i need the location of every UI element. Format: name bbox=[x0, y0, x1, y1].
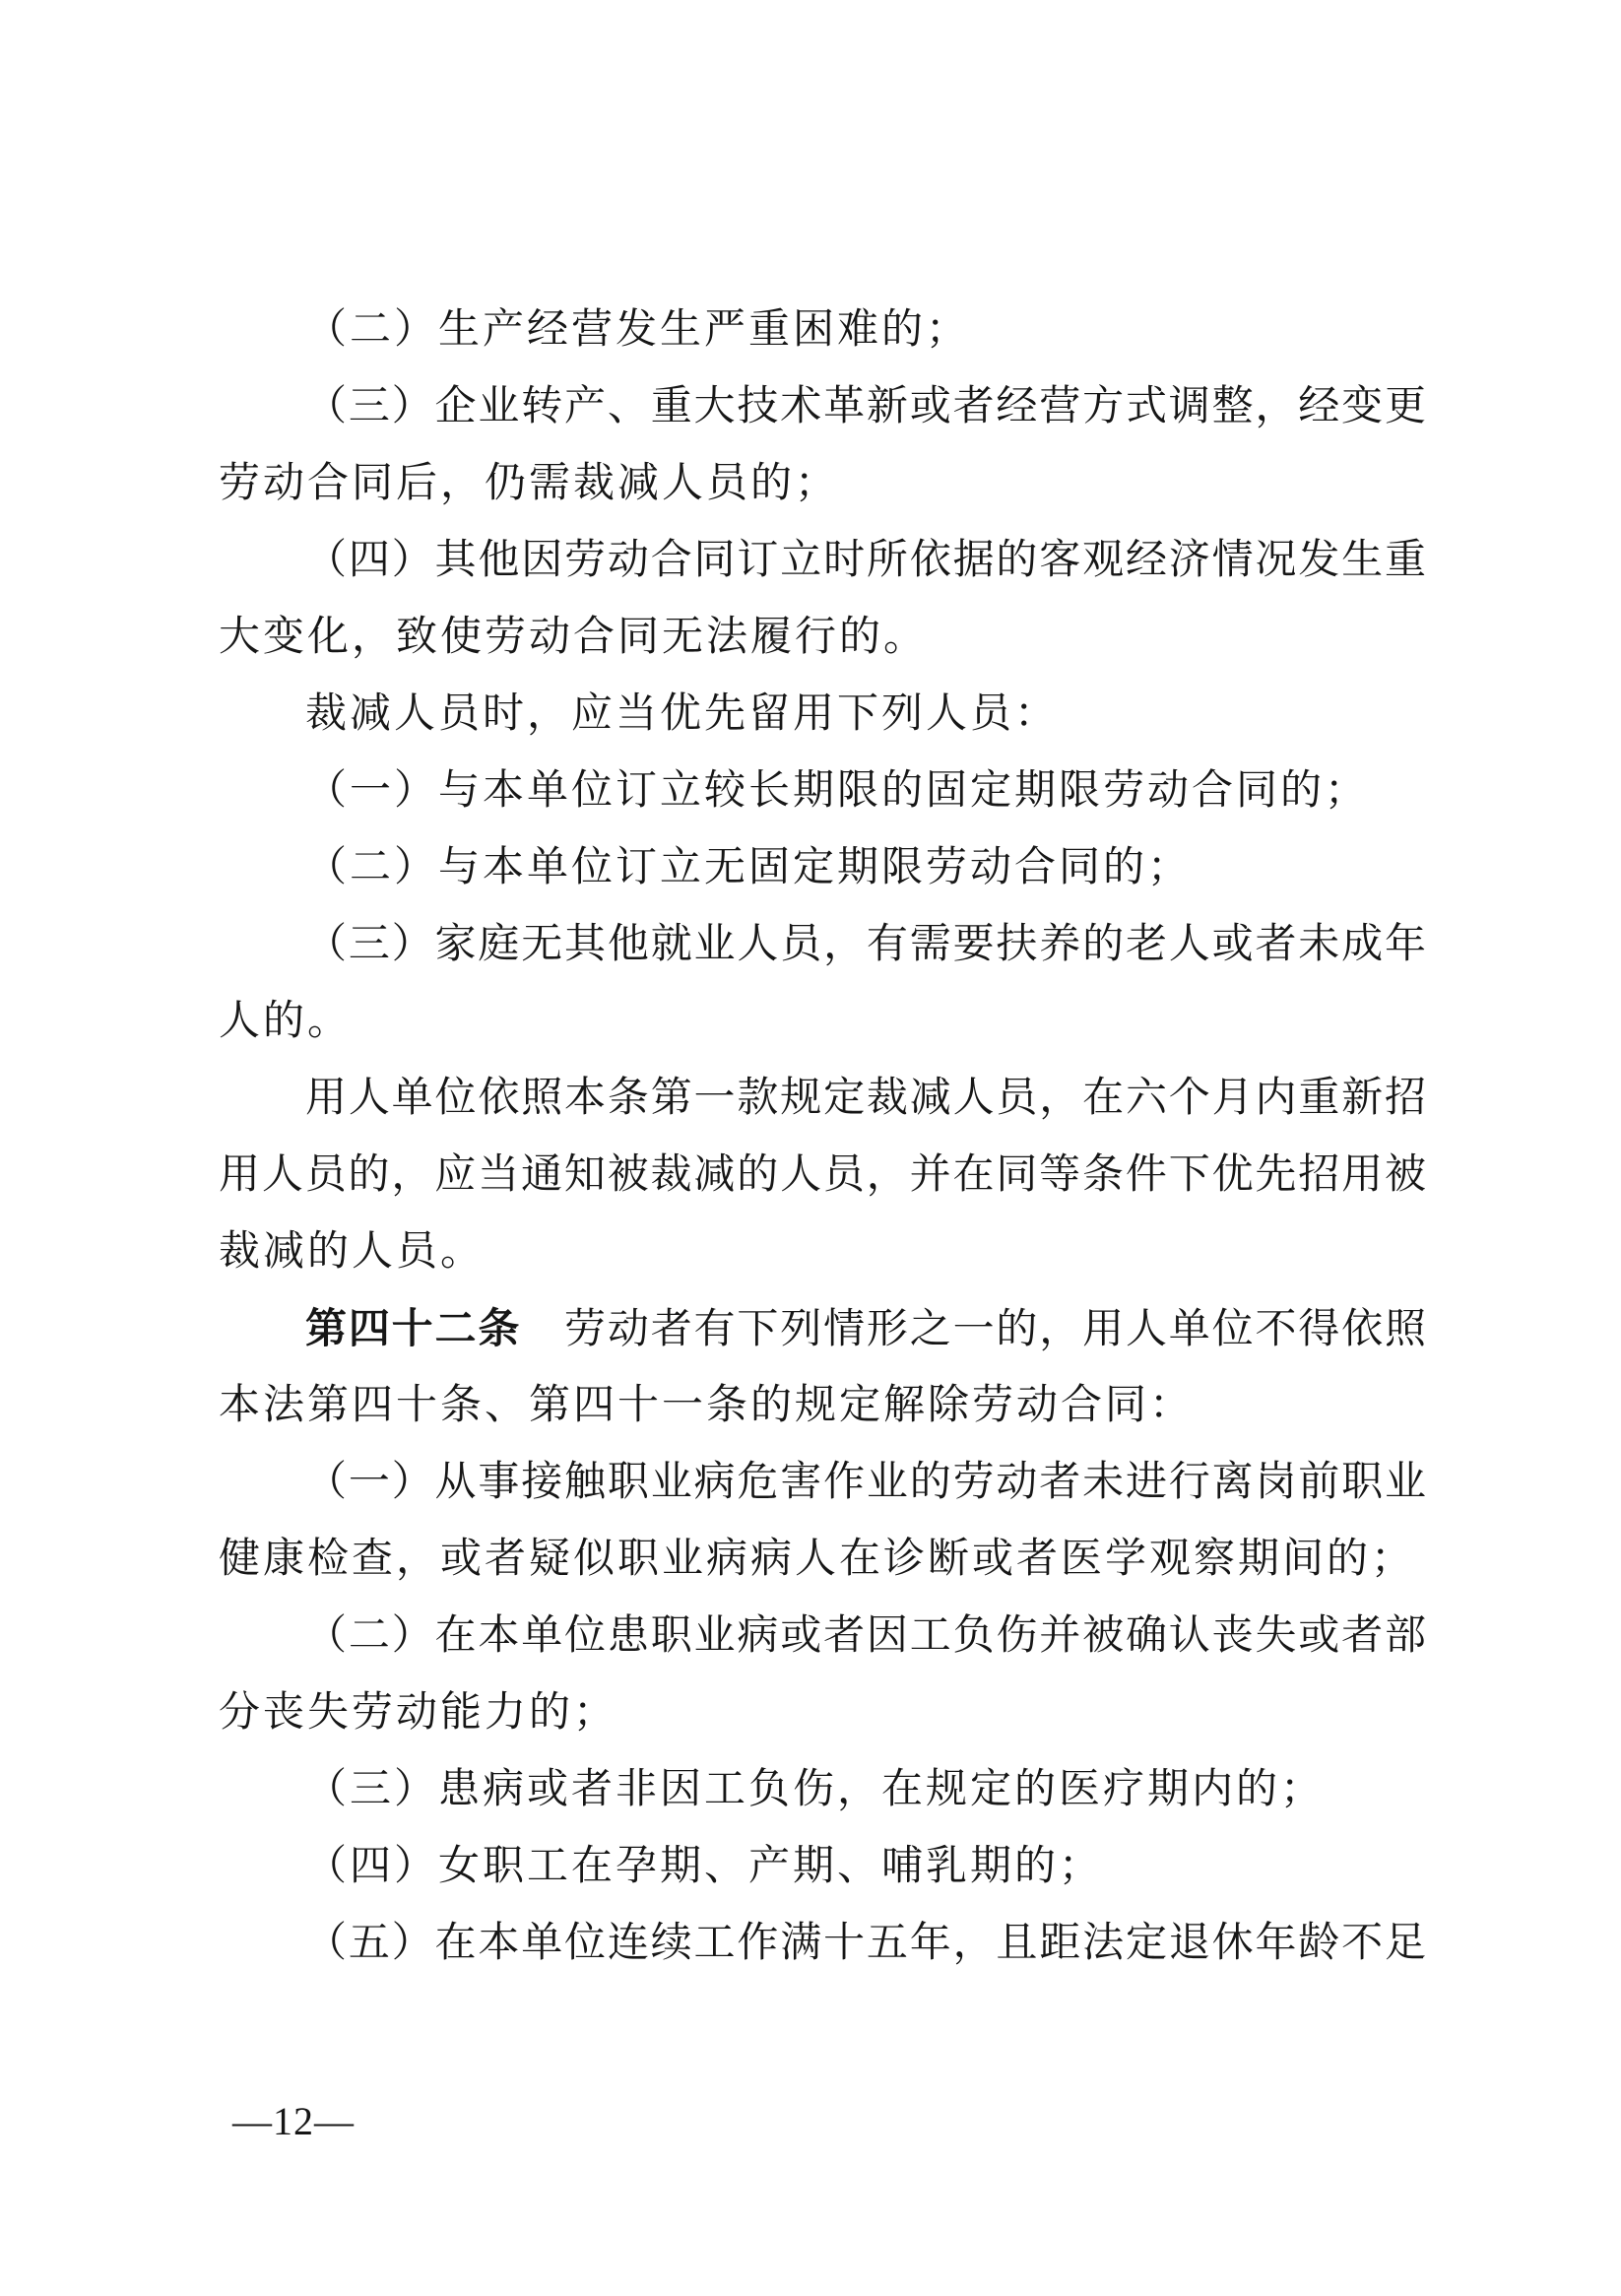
text-line: （四）女职工在孕期、产期、哺乳期的； bbox=[219, 1828, 1426, 1905]
document-body: （二）生产经营发生严重困难的；（三）企业转产、重大技术革新或者经营方式调整，经变… bbox=[219, 292, 1426, 1982]
text-line: （三）家庭无其他就业人员，有需要扶养的老人或者未成年 bbox=[219, 906, 1426, 983]
text-line: （二）生产经营发生严重困难的； bbox=[219, 292, 1426, 368]
page-number: —12— bbox=[232, 2092, 355, 2151]
article-number: 第四十二条 bbox=[305, 1305, 521, 1351]
text-line: 健康检查，或者疑似职业病病人在诊断或者医学观察期间的； bbox=[219, 1521, 1426, 1598]
text-line: 用人员的，应当通知被裁减的人员，并在同等条件下优先招用被 bbox=[219, 1137, 1426, 1214]
text-line: 用人单位依照本条第一款规定裁减人员，在六个月内重新招 bbox=[219, 1060, 1426, 1137]
text-line: 本法第四十条、第四十一条的规定解除劳动合同： bbox=[219, 1367, 1426, 1444]
text-line: 裁减的人员。 bbox=[219, 1214, 1426, 1290]
text-line: （一）与本单位订立较长期限的固定期限劳动合同的； bbox=[219, 753, 1426, 829]
text-line: （一）从事接触职业病危害作业的劳动者未进行离岗前职业 bbox=[219, 1444, 1426, 1521]
text-line: 人的。 bbox=[219, 983, 1426, 1060]
text-line: 大变化，致使劳动合同无法履行的。 bbox=[219, 599, 1426, 676]
text-line: 劳动合同后，仍需裁减人员的； bbox=[219, 445, 1426, 522]
text-line: （四）其他因劳动合同订立时所依据的客观经济情况发生重 bbox=[219, 522, 1426, 599]
text-line: （三）患病或者非因工负伤，在规定的医疗期内的； bbox=[219, 1751, 1426, 1828]
text-line: （二）在本单位患职业病或者因工负伤并被确认丧失或者部 bbox=[219, 1598, 1426, 1674]
text-line: （五）在本单位连续工作满十五年，且距法定退休年龄不足 bbox=[219, 1905, 1426, 1982]
document-page: （二）生产经营发生严重困难的；（三）企业转产、重大技术革新或者经营方式调整，经变… bbox=[0, 0, 1621, 2296]
text-line: 第四十二条 劳动者有下列情形之一的，用人单位不得依照 bbox=[219, 1290, 1426, 1367]
text-line: （二）与本单位订立无固定期限劳动合同的； bbox=[219, 829, 1426, 906]
text-line: 裁减人员时，应当优先留用下列人员： bbox=[219, 676, 1426, 753]
text-line: 分丧失劳动能力的； bbox=[219, 1674, 1426, 1751]
text-line: （三）企业转产、重大技术革新或者经营方式调整，经变更 bbox=[219, 368, 1426, 445]
